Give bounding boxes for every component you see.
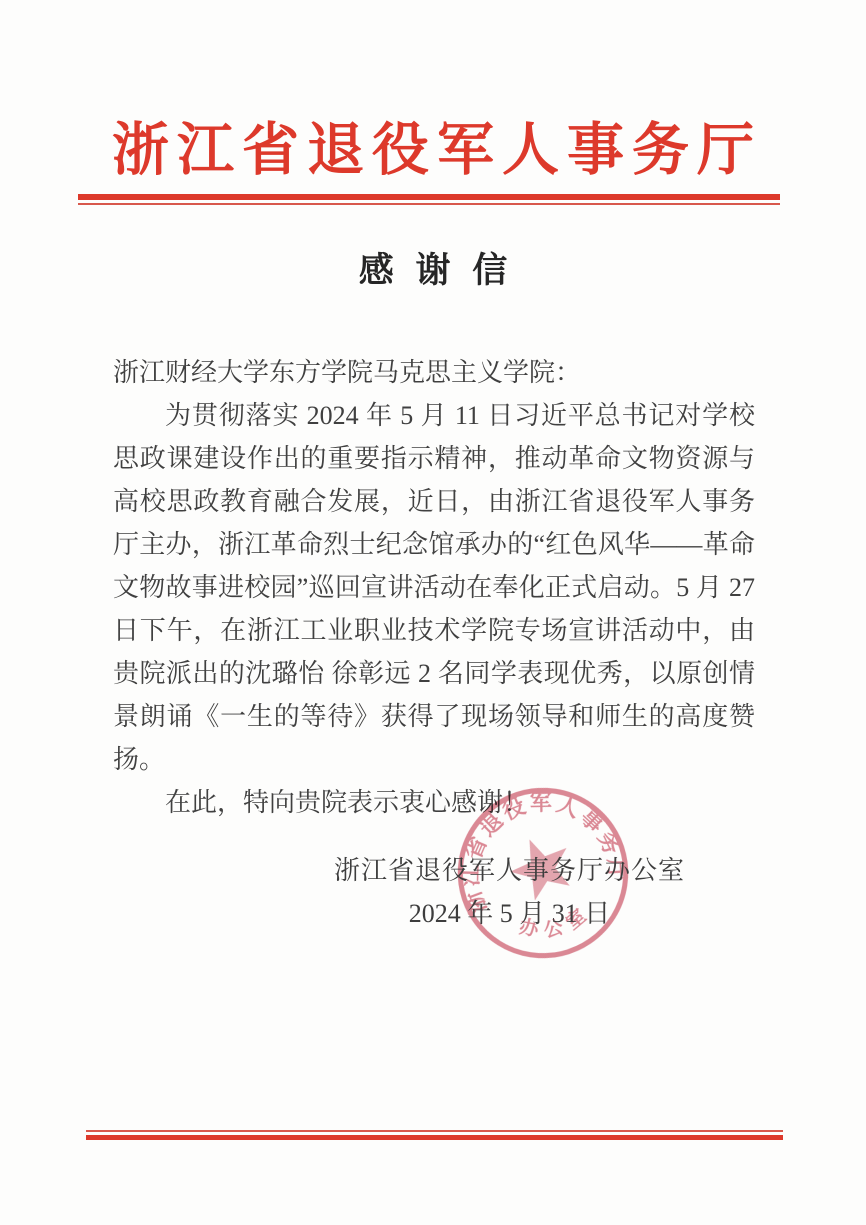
signature-block: 浙江省退役军人事务厅办公室 2024 年 5 月 31 日 xyxy=(334,849,685,935)
letterhead-divider xyxy=(78,194,780,205)
letterhead-divider-thin-line xyxy=(78,203,780,205)
salutation: 浙江财经大学东方学院马克思主义学院： xyxy=(113,351,755,394)
signer-name: 浙江省退役军人事务厅办公室 xyxy=(334,849,685,892)
letter-date: 2024 年 5 月 31 日 xyxy=(334,892,685,935)
letterhead-title: 浙江省退役军人事务厅 xyxy=(0,104,866,186)
footer-divider xyxy=(86,1130,783,1140)
letter-title: 感 谢 信 xyxy=(0,243,866,293)
footer-divider-thick-line xyxy=(86,1135,783,1140)
letter-page: 浙江省退役军人事务厅 感 谢 信 浙江财经大学东方学院马克思主义学院： 为贯彻落… xyxy=(0,0,866,1225)
body-paragraph-2: 在此，特向贵院表示衷心感谢！ xyxy=(113,781,755,824)
letter-body: 浙江财经大学东方学院马克思主义学院： 为贯彻落实 2024 年 5 月 11 日… xyxy=(113,351,755,824)
body-paragraph-1: 为贯彻落实 2024 年 5 月 11 日习近平总书记对学校思政课建设作出的重要… xyxy=(113,394,755,781)
